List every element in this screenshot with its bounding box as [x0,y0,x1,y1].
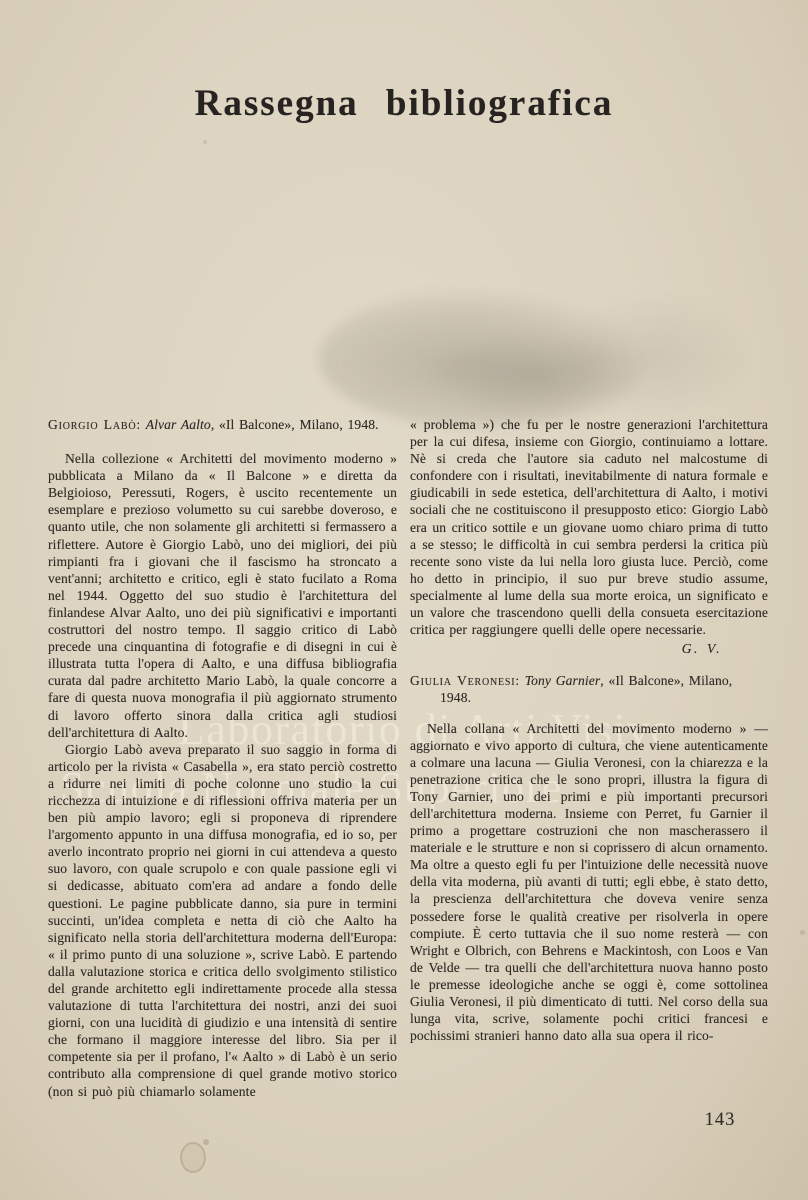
bib-entry-aalto: Giorgio Labò: Alvar Aalto, «Il Balcone»,… [48,416,397,433]
right-column-paragraphs: Nella collana « Architetti del movimento… [410,720,768,1045]
bib-author: Giorgio Labò: [48,417,141,432]
page-number: 143 [688,1110,752,1131]
bib-author: Giulia Veronesi: [410,673,520,688]
paragraph: Nella collana « Architetti del movimento… [410,720,768,1045]
bib-imprint: , «Il Balcone», Milano, 1948. [211,417,379,432]
paragraph: Nella collezione « Architetti del movime… [48,450,397,741]
continuation-paragraph: « problema ») che fu per le nostre gener… [410,416,768,638]
scanned-page: Laboratorio di Arti Visive Scuola Normal… [0,0,808,1200]
bib-title: Alvar Aalto [146,417,211,432]
left-column-paragraphs: Nella collezione « Architetti del movime… [48,450,397,1100]
bib-imprint: , «Il Balcone», Milano, [600,673,732,688]
right-column: « problema ») che fu per le nostre gener… [410,416,768,1044]
left-column: Giorgio Labò: Alvar Aalto, «Il Balcone»,… [48,416,397,1100]
page-title: Rassegna bibliografica [0,82,808,125]
paragraph: Giorgio Labò aveva preparato il suo sagg… [48,741,397,1100]
bib-entry-garnier: Giulia Veronesi: Tony Garnier, «Il Balco… [410,672,768,706]
small-stamp-mark [180,1142,206,1173]
reviewer-initials: G. V. [410,640,768,657]
ink-showthrough-stain [560,295,750,420]
paper-speck [203,140,207,144]
paper-speck [800,930,805,935]
bib-title: Tony Garnier [525,673,601,688]
paper-speck [203,1139,209,1145]
bib-imprint-year: 1948. [410,689,768,706]
